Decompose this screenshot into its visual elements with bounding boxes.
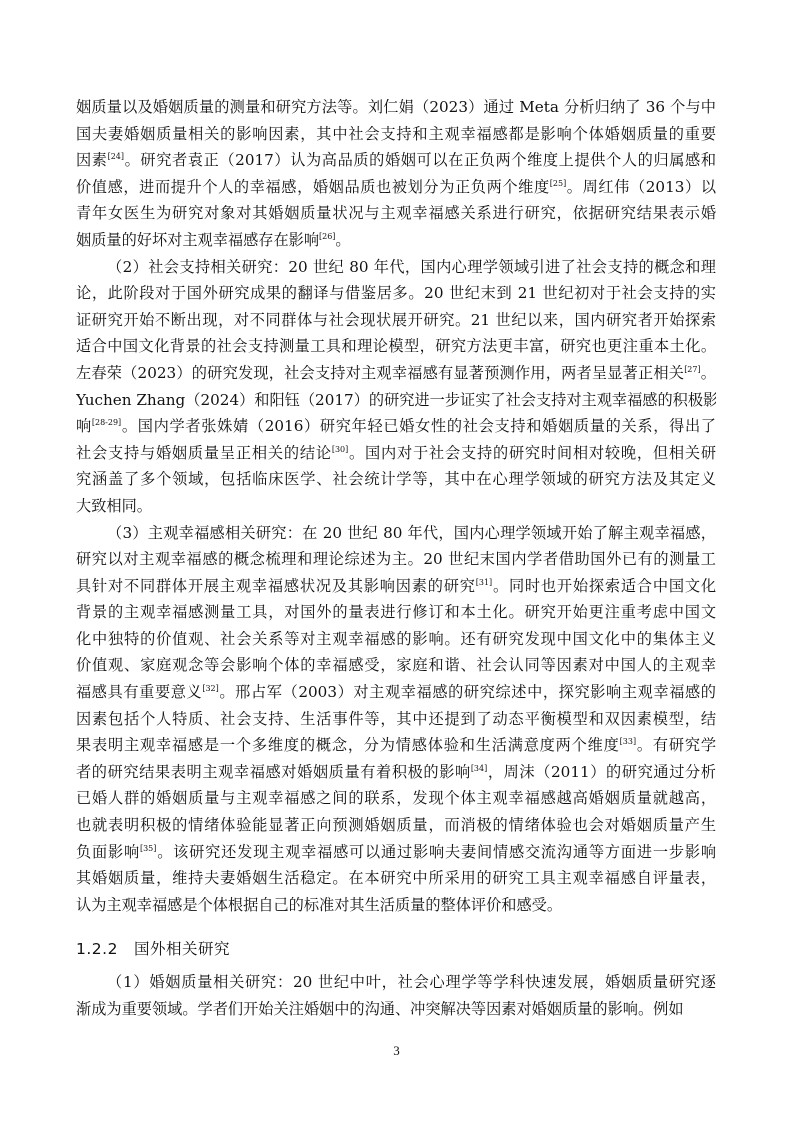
text-line: 化中独特的价值观、社会关系等对主观幸福感的影响。还有研究发现中国文化中的集体主义 bbox=[76, 626, 716, 653]
text-line: 福感具有重要意义[32]。邢占军（2003）对主观幸福感的研究综述中，探究影响主… bbox=[76, 679, 716, 706]
paragraph-foreign-marriage-quality: （1）婚姻质量相关研究：20 世纪中叶，社会心理学等学科快速发展，婚姻质量研究逐… bbox=[76, 969, 716, 1022]
text-line: 者的研究结果表明主观幸福感对婚姻质量有着积极的影响[34]，周沫（2011）的研… bbox=[76, 759, 716, 786]
text-line: 证研究开始不断出现，对不同群体与社会现状展开研究。21 世纪以来，国内研究者开始… bbox=[76, 307, 716, 334]
text-line: （2）社会支持相关研究：20 世纪 80 年代，国内心理学领域引进了社会支持的概… bbox=[76, 254, 716, 281]
citation-ref[interactable]: [31] bbox=[476, 578, 492, 587]
paragraph-marriage-quality: 姻质量以及婚姻质量的测量和研究方法等。刘仁娟（2023）通过 Meta 分析归纳… bbox=[76, 94, 716, 254]
citation-ref[interactable]: [26] bbox=[319, 232, 335, 241]
text-line: 已婚人群的婚姻质量与主观幸福感之间的联系，发现个体主观幸福感越高婚姻质量就越高， bbox=[76, 785, 716, 812]
text-line: 姻质量以及婚姻质量的测量和研究方法等。刘仁娟（2023）通过 Meta 分析归纳… bbox=[76, 94, 716, 121]
page-number: 3 bbox=[0, 1043, 793, 1059]
text-line: 大致相同。 bbox=[76, 493, 716, 520]
paragraph-subjective-wellbeing: （3）主观幸福感相关研究：在 20 世纪 80 年代，国内心理学领域开始了解主观… bbox=[76, 520, 716, 919]
text-line: 青年女医生为研究对象对其婚姻质量状况与主观幸福感关系进行研究，依据研究结果表示婚 bbox=[76, 200, 716, 227]
text-line: 负面影响[35]。该研究还发现主观幸福感可以通过影响夫妻间情感交流沟通等方面进一… bbox=[76, 839, 716, 866]
text-line: 果表明主观幸福感是一个多维度的概念，分为情感体验和生活满意度两个维度[33]。有… bbox=[76, 732, 716, 759]
text-line: （1）婚姻质量相关研究：20 世纪中叶，社会心理学等学科快速发展，婚姻质量研究逐 bbox=[76, 969, 716, 996]
text-line: Yuchen Zhang（2024）和阳钰（2017）的研究进一步证实了社会支持… bbox=[76, 387, 716, 414]
text-line: 响[28-29]。国内学者张姝婧（2016）研究年轻已婚女性的社会支持和婚姻质量… bbox=[76, 413, 716, 440]
citation-ref[interactable]: [30] bbox=[332, 445, 348, 454]
citation-ref[interactable]: [27] bbox=[684, 365, 700, 374]
citation-ref[interactable]: [28-29] bbox=[92, 418, 121, 427]
citation-ref[interactable]: [25] bbox=[550, 179, 566, 188]
text-line: 渐成为重要领域。学者们开始关注婚姻中的沟通、冲突解决等因素对婚姻质量的影响。例如 bbox=[76, 996, 716, 1023]
section-number: 1.2.2 bbox=[76, 940, 118, 958]
section-heading: 1.2.2国外相关研究 bbox=[76, 937, 230, 959]
text-line: 研究以对主观幸福感的概念梳理和理论综述为主。20 世纪末国内学者借助国外已有的测… bbox=[76, 546, 716, 573]
text-line: 国夫妻婚姻质量相关的影响因素，其中社会支持和主观幸福感都是影响个体婚姻质量的重要 bbox=[76, 121, 716, 148]
text-line: 论，此阶段对于国外研究成果的翻译与借鉴居多。20 世纪末到 21 世纪初对于社会… bbox=[76, 280, 716, 307]
citation-ref[interactable]: [34] bbox=[471, 764, 487, 773]
text-line: 认为主观幸福感是个体根据自己的标准对其生活质量的整体评价和感受。 bbox=[76, 892, 716, 919]
citation-ref[interactable]: [24] bbox=[108, 152, 124, 161]
citation-ref[interactable]: [35] bbox=[140, 844, 156, 853]
text-line: 具针对不同群体开展主观幸福感状况及其影响因素的研究[31]。同时也开始探索适合中… bbox=[76, 573, 716, 600]
citation-ref[interactable]: [33] bbox=[620, 737, 636, 746]
citation-ref[interactable]: [32] bbox=[202, 684, 218, 693]
text-line: 因素包括个人特质、社会支持、生活事件等，其中还提到了动态平衡模型和双因素模型，结 bbox=[76, 706, 716, 733]
text-line: 姻质量的好坏对主观幸福感存在影响[26]。 bbox=[76, 227, 716, 254]
text-line: 因素[24]。研究者袁正（2017）认为高品质的婚姻可以在正负两个维度上提供个人… bbox=[76, 147, 716, 174]
section-title: 国外相关研究 bbox=[134, 940, 230, 958]
text-line: 背景的主观幸福感测量工具，对国外的量表进行修订和本土化。研究开始更注重考虑中国文 bbox=[76, 599, 716, 626]
text-line: 左春荣（2023）的研究发现，社会支持对主观幸福感有显著预测作用，两者呈显著正相… bbox=[76, 360, 716, 387]
text-line: 也就表明积极的情绪体验能显著正向预测婚姻质量，而消极的情绪体验也会对婚姻质量产生 bbox=[76, 812, 716, 839]
text-line: （3）主观幸福感相关研究：在 20 世纪 80 年代，国内心理学领域开始了解主观… bbox=[76, 520, 716, 547]
text-line: 社会支持与婚姻质量呈正相关的结论[30]。国内对于社会支持的研究时间相对较晚，但… bbox=[76, 440, 716, 467]
body-text: 姻质量以及婚姻质量的测量和研究方法等。刘仁娟（2023）通过 Meta 分析归纳… bbox=[76, 94, 716, 918]
text-line: 适合中国文化背景的社会支持测量工具和理论模型，研究方法更丰富，研究也更注重本土化… bbox=[76, 333, 716, 360]
body-text-continued: （1）婚姻质量相关研究：20 世纪中叶，社会心理学等学科快速发展，婚姻质量研究逐… bbox=[76, 969, 716, 1022]
paragraph-social-support: （2）社会支持相关研究：20 世纪 80 年代，国内心理学领域引进了社会支持的概… bbox=[76, 254, 716, 520]
text-line: 价值观、家庭观念等会影响个体的幸福感受，家庭和谐、社会认同等因素对中国人的主观幸 bbox=[76, 652, 716, 679]
text-line: 其婚姻质量，维持夫妻婚姻生活稳定。在本研究中所采用的研究工具主观幸福感自评量表， bbox=[76, 865, 716, 892]
text-line: 价值感，进而提升个人的幸福感，婚姻品质也被划分为正负两个维度[25]。周红伟（2… bbox=[76, 174, 716, 201]
text-line: 究涵盖了多个领域，包括临床医学、社会统计学等，其中在心理学领域的研究方法及其定义 bbox=[76, 466, 716, 493]
